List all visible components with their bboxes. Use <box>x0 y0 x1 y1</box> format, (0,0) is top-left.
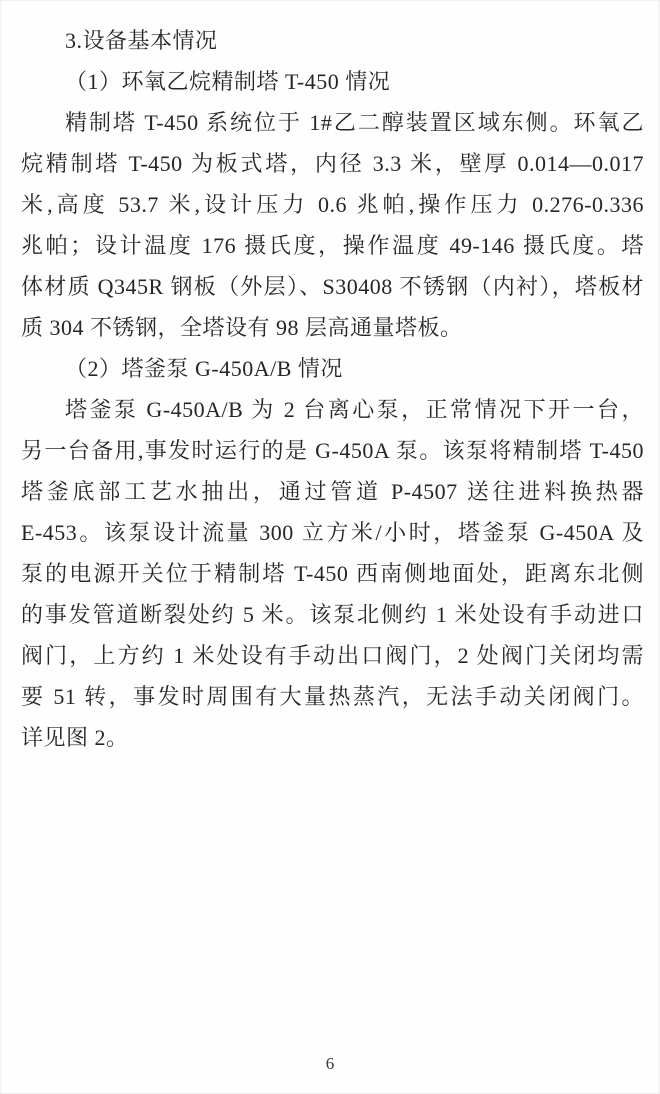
text-line: E-453。该泵设计流量 300 立方米/小时，塔釜泵 G-450A 及 <box>21 512 644 553</box>
text-line: 精制塔 T-450 系统位于 1#乙二醇装置区域东侧。环氧乙 <box>21 102 644 143</box>
text-line: 烷精制塔 T-450 为板式塔，内径 3.3 米，壁厚 0.014—0.017 <box>21 143 644 184</box>
text-line: 3.设备基本情况 <box>21 20 644 61</box>
text-line: （1）环氧乙烷精制塔 T-450 情况 <box>21 61 644 102</box>
text-line: 详见图 2。 <box>21 717 644 758</box>
text-line: 另一台备用,事发时运行的是 G-450A 泵。该泵将精制塔 T-450 <box>21 430 644 471</box>
text-line: 米,高度 53.7 米,设计压力 0.6 兆帕,操作压力 0.276-0.336 <box>21 184 644 225</box>
page-number: 6 <box>326 1054 335 1073</box>
text-line: 质 304 不锈钢，全塔设有 98 层高通量塔板。 <box>21 307 644 348</box>
text-line: 要 51 转，事发时周围有大量热蒸汽，无法手动关闭阀门。 <box>21 676 644 717</box>
text-line: 阀门，上方约 1 米处设有手动出口阀门，2 处阀门关闭均需 <box>21 635 644 676</box>
text-line: （2）塔釜泵 G-450A/B 情况 <box>21 348 644 389</box>
document-page: 3.设备基本情况（1）环氧乙烷精制塔 T-450 情况精制塔 T-450 系统位… <box>0 0 660 1094</box>
text-line: 塔釜底部工艺水抽出，通过管道 P-4507 送往进料换热器 <box>21 471 644 512</box>
text-line: 的事发管道断裂处约 5 米。该泵北侧约 1 米处设有手动进口 <box>21 594 644 635</box>
text-line: 塔釜泵 G-450A/B 为 2 台离心泵，正常情况下开一台， <box>21 389 644 430</box>
text-line: 泵的电源开关位于精制塔 T-450 西南侧地面处，距离东北侧 <box>21 553 644 594</box>
text-line: 兆帕；设计温度 176 摄氏度，操作温度 49-146 摄氏度。塔 <box>21 225 644 266</box>
text-line: 体材质 Q345R 钢板（外层）、S30408 不锈钢（内衬），塔板材 <box>21 266 644 307</box>
document-text-block: 3.设备基本情况（1）环氧乙烷精制塔 T-450 情况精制塔 T-450 系统位… <box>21 20 644 758</box>
page-footer: 6 <box>0 1052 660 1076</box>
